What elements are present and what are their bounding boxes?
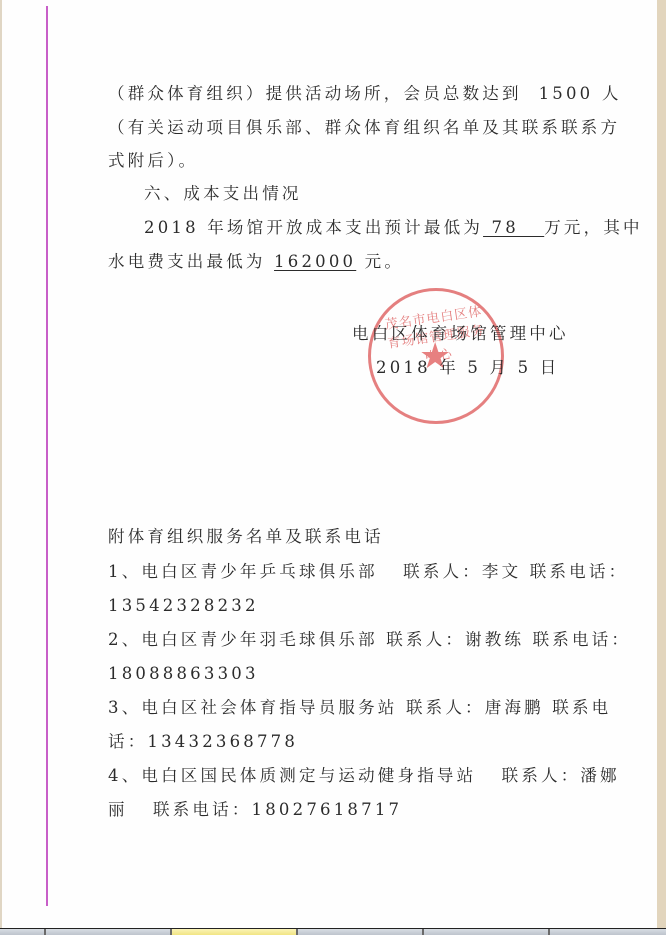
signature-date: 2018 年 5 月 5 日 [376, 357, 560, 379]
cost-value: 78 [483, 218, 544, 237]
cost-line: 2018 年场馆开放成本支出预计最低为 78 万元，其中 [144, 217, 643, 239]
taskbar-button[interactable] [550, 929, 666, 935]
appendix-entry-line: 3、电白区社会体育指导员服务站 联系人：唐海鹏 联系电 [108, 697, 611, 719]
appendix-entry-phone: 13542328232 [108, 595, 259, 617]
paragraph-line: 式附后）。 [108, 150, 198, 172]
taskbar-button-active[interactable] [172, 929, 298, 935]
paragraph-line: （有关运动项目俱乐部、群众体育组织名单及其联系联系方 [108, 117, 620, 139]
appendix-entry-phone: 丽 联系电话：18027618717 [108, 799, 402, 821]
taskbar-button[interactable] [424, 929, 550, 935]
appendix-title: 附体育组织服务名单及联系电话 [108, 526, 384, 548]
appendix-entry-line: 2、电白区青少年羽毛球俱乐部 联系人：谢教练 联系电话： [108, 629, 631, 651]
signature-organization: 电白区体育场馆管理中心 [352, 323, 569, 345]
utility-prefix: 水电费支出最低为 [108, 252, 274, 271]
taskbar-button[interactable] [46, 929, 172, 935]
document-body: （群众体育组织）提供活动场所，会员总数达到 1500 人 （有关运动项目俱乐部、… [0, 0, 666, 928]
cost-suffix: 万元，其中 [544, 218, 643, 237]
cost-prefix: 2018 年场馆开放成本支出预计最低为 [144, 218, 483, 237]
section-heading: 六、成本支出情况 [144, 183, 302, 205]
official-seal: 茂名市电白区体育场馆管理服务中心 ★ [368, 288, 504, 424]
utility-line: 水电费支出最低为 162000 元。 [108, 251, 404, 273]
taskbar [0, 928, 666, 935]
paragraph-line: （群众体育组织）提供活动场所，会员总数达到 1500 人 [108, 83, 622, 105]
appendix-entry-line: 4、电白区国民体质测定与运动健身指导站 联系人：潘娜 [108, 765, 620, 787]
taskbar-button[interactable] [0, 929, 46, 935]
appendix-entry-phone: 18088863303 [108, 663, 259, 685]
taskbar-button[interactable] [298, 929, 424, 935]
appendix-entry-phone: 话：13432368778 [108, 731, 298, 753]
document-page: （群众体育组织）提供活动场所，会员总数达到 1500 人 （有关运动项目俱乐部、… [0, 0, 666, 928]
appendix-entry-line: 1、电白区青少年乒乓球俱乐部 联系人：李文 联系电话： [108, 561, 628, 583]
utility-value: 162000 [274, 252, 356, 271]
utility-suffix: 元。 [356, 252, 404, 271]
